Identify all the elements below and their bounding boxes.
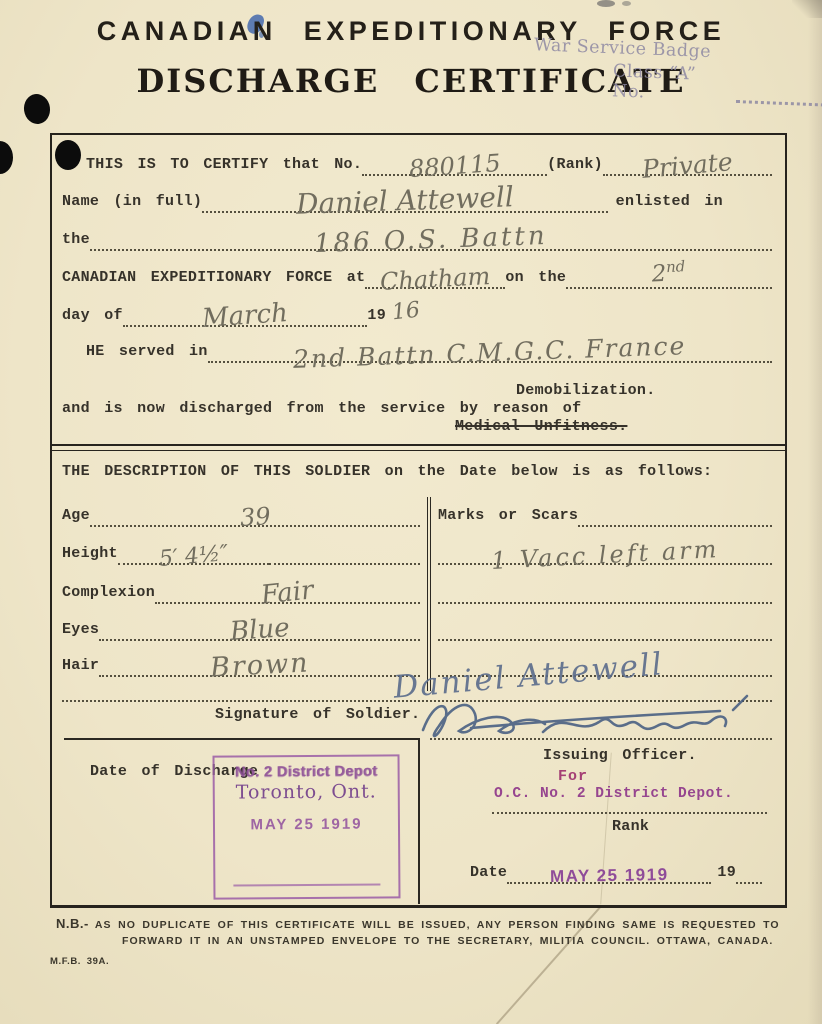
signature-of-soldier-label: Signature of Soldier.	[215, 705, 420, 725]
depot-stamp-rule	[233, 883, 380, 886]
dotted-line	[269, 539, 420, 565]
service-number-field: 880115	[362, 150, 547, 176]
oc-depot-stamp: O.C. No. 2 District Depot.	[494, 786, 733, 802]
height-row: Height 5′ 4½″	[62, 541, 420, 565]
officer-signature-line	[430, 738, 772, 740]
unit-row: the 186 O.S. Battn	[62, 227, 772, 251]
dotted-line	[735, 100, 822, 107]
eyes-label: Eyes	[62, 619, 99, 641]
nb-notice-line1: N.B.- AS NO DUPLICATE OF THIS CERTIFICAT…	[56, 916, 780, 931]
month-field: March	[123, 301, 368, 327]
eyes-field: Blue	[99, 615, 420, 641]
year-printed: 19	[367, 305, 386, 327]
depot-stamp-line1: No. 2 District Depot	[215, 763, 398, 780]
served-label: HE served in	[86, 341, 208, 363]
issuing-officer-signature	[415, 690, 760, 752]
complexion-field: Fair	[155, 578, 420, 604]
eyes-row: Eyes Blue	[62, 617, 420, 641]
hair-label: Hair	[62, 655, 99, 677]
marks-label: Marks or Scars	[438, 505, 578, 527]
depot-stamp-line2: Toronto, Ont.	[215, 780, 398, 803]
place-value: Chatham	[380, 262, 492, 296]
hole-punch	[0, 141, 13, 174]
rank-label: (Rank)	[547, 154, 603, 176]
enlistment-date-row: day of March 19 16	[62, 303, 420, 327]
hair-value: Brown	[209, 647, 310, 683]
day-of-label: day of	[62, 305, 123, 327]
dotted-line	[438, 602, 772, 604]
scan-edge	[808, 0, 822, 1024]
reason-demobilization: Demobilization.	[516, 381, 656, 401]
name-row: Name (in full) Daniel Attewell enlisted …	[62, 189, 723, 213]
depot-stamp-date: MAY 25 1919	[215, 815, 398, 833]
description-column-divider	[427, 497, 431, 691]
discharge-certificate-document: CANADIAN EXPEDITIONARY FORCE DISCHARGE C…	[0, 0, 822, 1024]
issue-date-row: Date MAY 25 1919 19	[470, 860, 762, 884]
marks-field: 1 Vacc left arm	[438, 539, 772, 565]
age-value: 39	[239, 502, 271, 532]
the-label: the	[62, 229, 90, 251]
rank-label: Rank	[612, 817, 649, 837]
complexion-row: Complexion Fair	[62, 580, 420, 604]
age-field: 39	[90, 501, 420, 527]
smudge-mark	[597, 0, 615, 7]
badge-stamp-line2: Class “A” No.	[612, 61, 731, 105]
eyes-value: Blue	[229, 613, 291, 647]
issue-date-field: MAY 25 1919	[507, 858, 711, 884]
depot-stamp-box: No. 2 District Depot Toronto, Ont. MAY 2…	[212, 754, 400, 899]
smudge-mark	[622, 1, 631, 6]
dotted-line	[578, 501, 772, 527]
marks-value-row: 1 Vacc left arm	[438, 541, 772, 565]
bottom-column-divider	[418, 738, 420, 904]
service-number-row: THIS IS TO CERTIFY that No. 880115 (Rank…	[86, 152, 772, 176]
complexion-label: Complexion	[62, 582, 155, 604]
month-value: March	[201, 298, 289, 334]
height-field: 5′ 4½″	[118, 539, 269, 565]
enlistment-place-row: CANADIAN EXPEDITIONARY FORCE at Chatham …	[62, 265, 772, 289]
unit-field: 186 O.S. Battn	[90, 225, 772, 251]
enlisted-label: enlisted in	[616, 191, 723, 213]
age-label: Age	[62, 505, 90, 527]
date-label: Date	[470, 862, 507, 884]
day-value: 2nd	[651, 257, 686, 287]
hair-row: Hair Brown	[62, 653, 420, 677]
name-field: Daniel Attewell	[202, 187, 607, 213]
served-row: HE served in 2nd Battn C.M.G.C. France	[86, 339, 772, 363]
issuing-officer-label: Issuing Officer.	[543, 746, 697, 766]
cef-at-label: CANADIAN EXPEDITIONARY FORCE at	[62, 267, 365, 289]
nb-text1: AS NO DUPLICATE OF THIS CERTIFICATE WILL…	[95, 919, 780, 931]
form-code: M.F.B. 39A.	[50, 956, 109, 967]
dotted-line	[736, 858, 762, 884]
section-divider	[52, 444, 785, 451]
marks-row: Marks or Scars	[438, 503, 772, 527]
complexion-value: Fair	[260, 575, 315, 610]
served-field: 2nd Battn C.M.G.C. France	[208, 337, 772, 363]
rank-field: Private	[603, 150, 772, 176]
name-label: Name (in full)	[62, 191, 202, 213]
year-printed: 19	[717, 862, 736, 884]
bottom-section-rule	[64, 738, 418, 740]
height-label: Height	[62, 543, 118, 565]
nb-prefix: N.B.-	[56, 916, 89, 931]
day-field: 2nd	[566, 263, 772, 289]
nb-notice-line2: FORWARD IT IN AN UNSTAMPED ENVELOPE TO T…	[122, 935, 773, 947]
on-the-label: on the	[505, 267, 566, 289]
age-row: Age 39	[62, 503, 420, 527]
place-field: Chatham	[365, 263, 505, 289]
issue-date-stamp: MAY 25 1919	[550, 865, 669, 887]
dotted-line	[492, 812, 767, 814]
dotted-line	[438, 639, 772, 641]
description-heading: THE DESCRIPTION OF THIS SOLDIER on the D…	[62, 462, 712, 482]
reason-medical-struck: Medical Unfitness.	[455, 417, 627, 437]
hair-field: Brown	[99, 651, 420, 677]
year-value: 16	[391, 298, 421, 326]
war-service-badge-stamp: War Service Badge Class “A” No.	[532, 35, 822, 109]
discharge-reason-label: and is now discharged from the service b…	[62, 399, 581, 419]
for-stamp: For	[558, 768, 588, 785]
certify-label: THIS IS TO CERTIFY that No.	[86, 154, 362, 176]
